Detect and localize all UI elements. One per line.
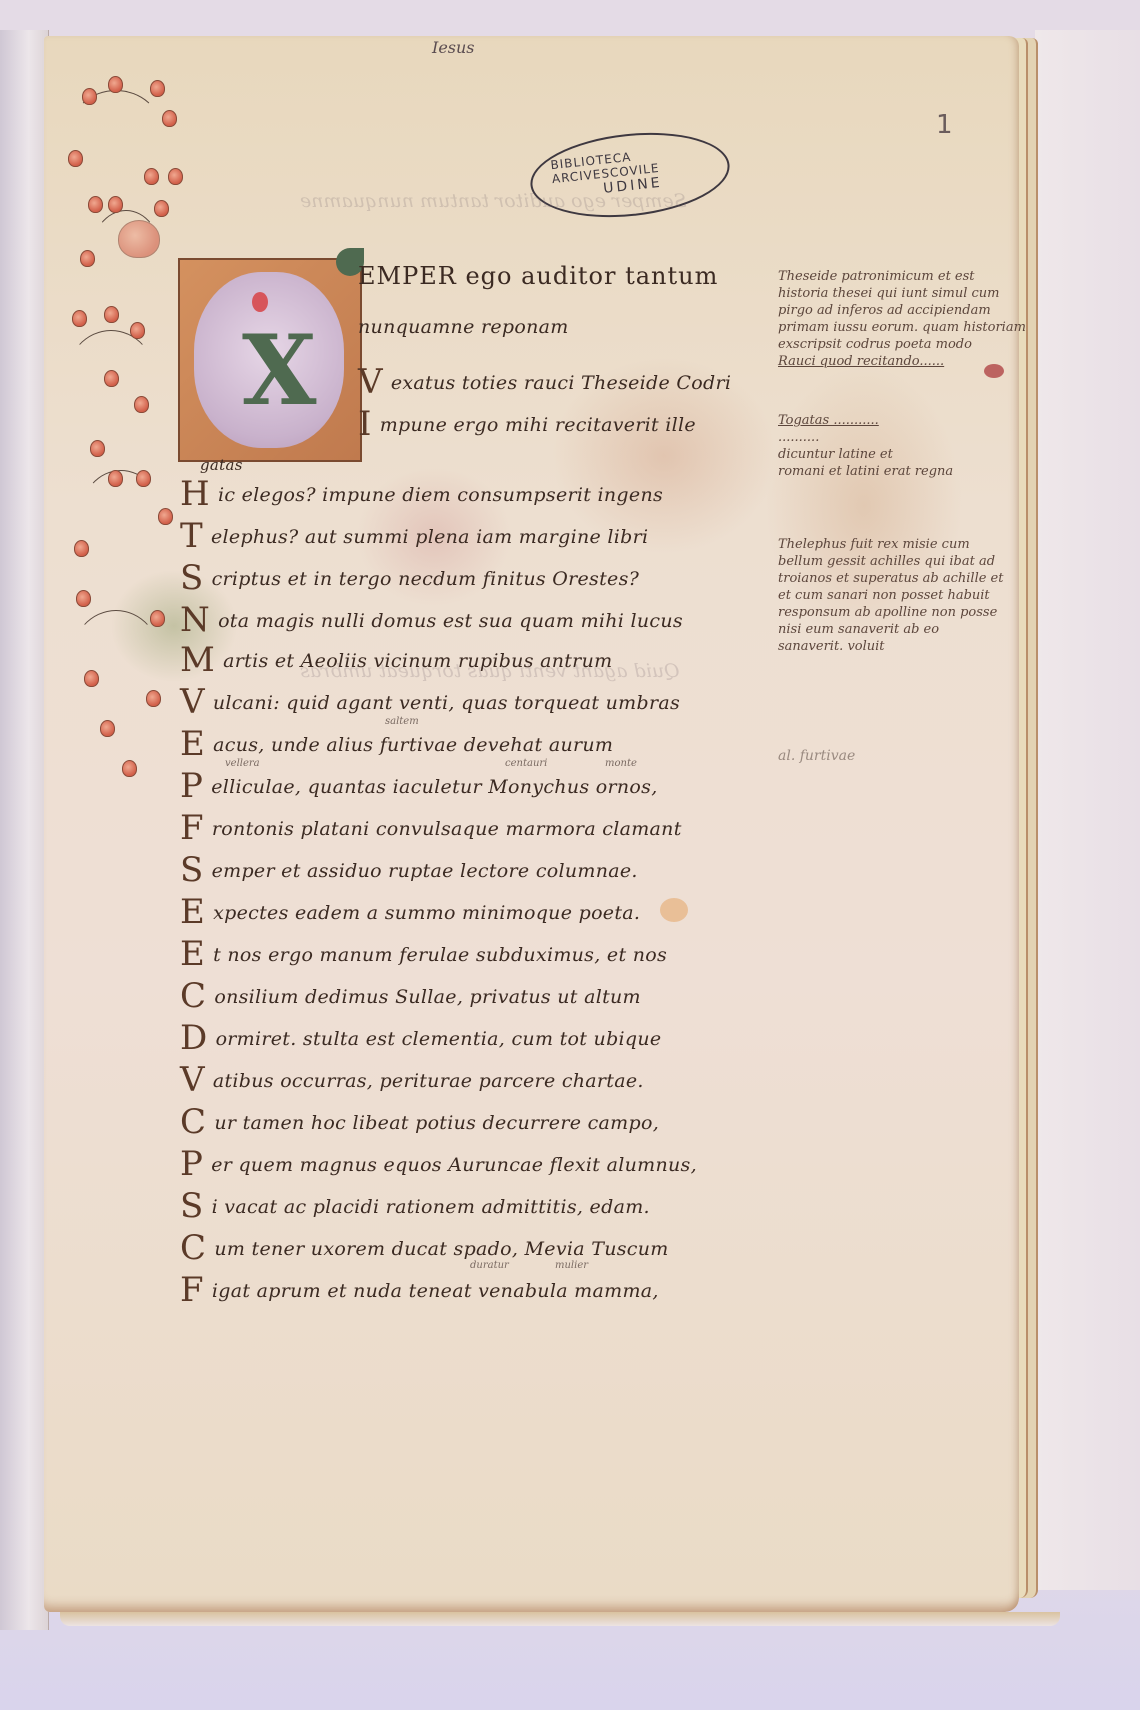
flower-bud-icon [136,470,151,487]
text-line: Scriptus et in tergo necdum finitus Ores… [180,558,639,598]
text-line: Pelliculae, quantas iaculetur Monychus o… [180,766,658,806]
flower-bud-icon [108,76,123,93]
text-line: Et nos ergo manum ferulae subduximus, et… [180,934,667,974]
text-line: Nota magis nulli domus est sua quam mihi… [180,600,683,640]
flower-bud-icon [158,508,173,525]
flower-bud-icon [108,196,123,213]
interlinear-gloss: saltem [385,716,419,727]
initial-field: X [194,272,344,448]
text-line: Impune ergo mihi recitaverit ille [358,404,696,444]
text-line: Expectes eadem a summo minimoque poeta. [180,892,640,932]
text-line: Cur tamen hoc libeat potius decurrere ca… [180,1102,659,1142]
interlinear-gloss: centauri [505,758,547,769]
rose-icon [118,220,160,258]
flower-bud-icon [100,720,115,737]
interlinear-gloss: monte [605,758,637,769]
parchment-stain [660,898,688,922]
flower-bud-icon [108,470,123,487]
flower-bud-icon [144,168,159,185]
variant-reading-note: al. furtivae [778,748,855,764]
text-line: EMPER ego auditor tantum [358,262,718,290]
initial-x-motif-icon: X [242,314,316,427]
page-bottom-edge [60,1612,1060,1626]
flower-bud-icon [68,150,83,167]
text-line: nunquamne reponam [358,316,569,338]
flower-bud-icon [162,110,177,127]
text-line: Semper et assiduo ruptae lectore columna… [180,850,638,890]
flower-bud-icon [72,310,87,327]
flower-bud-icon [150,80,165,97]
show-through-text: Semper ego auditor tantum nunquamne [300,190,687,212]
text-line: Per quem magnus equos Auruncae flexit al… [180,1144,697,1184]
flower-bud-icon [150,610,165,627]
floral-border-decoration [60,70,180,770]
text-line: Martis et Aeoliis vicinum rupibus antrum [180,640,612,680]
flower-bud-icon [74,540,89,557]
flower-bud-icon [82,88,97,105]
flower-bud-icon [88,196,103,213]
text-line: Cum tener uxorem ducat spado, Mevia Tusc… [180,1228,669,1268]
binding-left-board [0,30,49,1630]
flower-bud-icon [90,440,105,457]
marginal-note-theseide: Theseide patronimicum et est historia th… [778,268,1028,370]
marginal-note-togatas: Togatas ........... .......... dicuntur … [778,412,1028,480]
folio-number: 1 [936,110,953,140]
flower-bud-icon [104,306,119,323]
flower-bud-icon [130,322,145,339]
flower-bud-icon [104,370,119,387]
red-dot-ornament-icon [252,292,268,312]
text-line: gatas [200,456,243,474]
red-ink-blot [984,364,1004,378]
text-line: Figat aprum et nuda teneat venabula mamm… [180,1270,659,1310]
flower-bud-icon [84,670,99,687]
flower-bud-icon [134,396,149,413]
binding-right-board [1035,30,1140,1590]
text-line: Frontonis platani convulsaque marmora cl… [180,808,682,848]
text-line: Vulcani: quid agant venti, quas torqueat… [180,682,680,722]
text-line: Vexatus toties rauci Theseide Codri [358,362,731,402]
top-margin-note: Iesus [432,38,475,57]
text-line: Hic elegos? impune diem consumpserit ing… [180,474,663,514]
interlinear-gloss: duratur [470,1260,509,1271]
flower-bud-icon [146,690,161,707]
flower-bud-icon [76,590,91,607]
text-line: Dormiret. stulta est clementia, cum tot … [180,1018,661,1058]
interlinear-gloss: vellera [225,758,260,769]
text-line: Si vacat ac placidi rationem admittitis,… [180,1186,650,1226]
flower-bud-icon [80,250,95,267]
text-line: Consilium dedimus Sullae, privatus ut al… [180,976,641,1016]
text-line: Telephus? aut summi plena iam margine li… [180,516,648,556]
text-line: Vatibus occurras, periturae parcere char… [180,1060,644,1100]
flower-bud-icon [122,760,137,777]
flower-bud-icon [154,200,169,217]
flower-bud-icon [168,168,183,185]
decorated-initial: X [178,258,362,462]
interlinear-gloss: mulier [555,1260,588,1271]
marginal-note-thelephus: Thelephus fuit rex misie cum bellum gess… [778,536,1028,655]
